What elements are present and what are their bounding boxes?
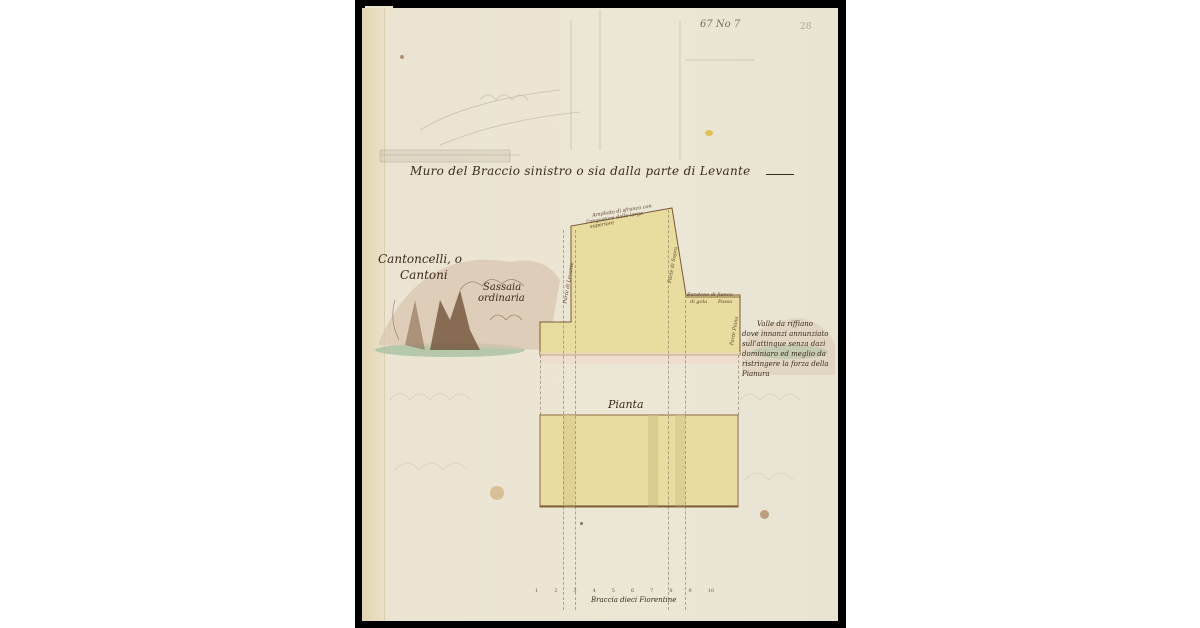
label-right-note-2: dove innanzi annunziato — [742, 330, 828, 338]
scale-tick: 1 — [535, 588, 538, 594]
projection-line — [563, 230, 564, 610]
projection-line — [575, 230, 576, 610]
scale-tick: 2 — [554, 588, 557, 594]
stain — [760, 510, 769, 519]
projection-line — [738, 355, 739, 415]
scale-tick: 10 — [708, 588, 714, 594]
label-step-sub: di gola — [690, 299, 707, 305]
label-sassaia: Sassaia — [483, 282, 521, 293]
stain — [490, 486, 504, 500]
label-step-sub2: Passo — [718, 299, 732, 305]
scale-bar: 1 2 3 4 5 6 7 8 9 10 Braccia dieci Fiore… — [535, 588, 775, 608]
label-cantoni: Cantoni — [400, 268, 448, 282]
scale-tick: 3 — [573, 588, 576, 594]
stain — [400, 55, 404, 59]
label-right-note-3: sull'attinque senza dazi — [742, 340, 825, 348]
label-right-note-4: dominiaro ed meglio da — [742, 350, 826, 358]
label-ordinaria: ordinaria — [478, 293, 525, 304]
label-right-note-6: Pianura — [742, 370, 770, 378]
scale-label: Braccia dieci Fiorentine — [591, 596, 676, 604]
scale-tick: 9 — [689, 588, 692, 594]
stain — [580, 522, 583, 525]
scale-tick: 5 — [612, 588, 615, 594]
projection-line — [540, 355, 541, 415]
scale-tick: 4 — [593, 588, 596, 594]
scale-tick: 7 — [650, 588, 653, 594]
wall-elevation — [0, 0, 1200, 628]
label-step-note: Bandone di fianco — [687, 292, 733, 298]
label-right-note-1: Valle da riffiano — [757, 320, 813, 328]
scale-tick: 8 — [669, 588, 672, 594]
label-cantoncelli: Cantoncelli, o — [378, 252, 462, 266]
plan-label: Pianta — [608, 398, 644, 411]
stain — [705, 130, 713, 136]
label-right-note-5: ristringere la forza della — [742, 360, 829, 368]
projection-line — [685, 295, 686, 610]
scale-ticks: 1 2 3 4 5 6 7 8 9 10 — [535, 588, 714, 594]
scale-tick: 6 — [631, 588, 634, 594]
